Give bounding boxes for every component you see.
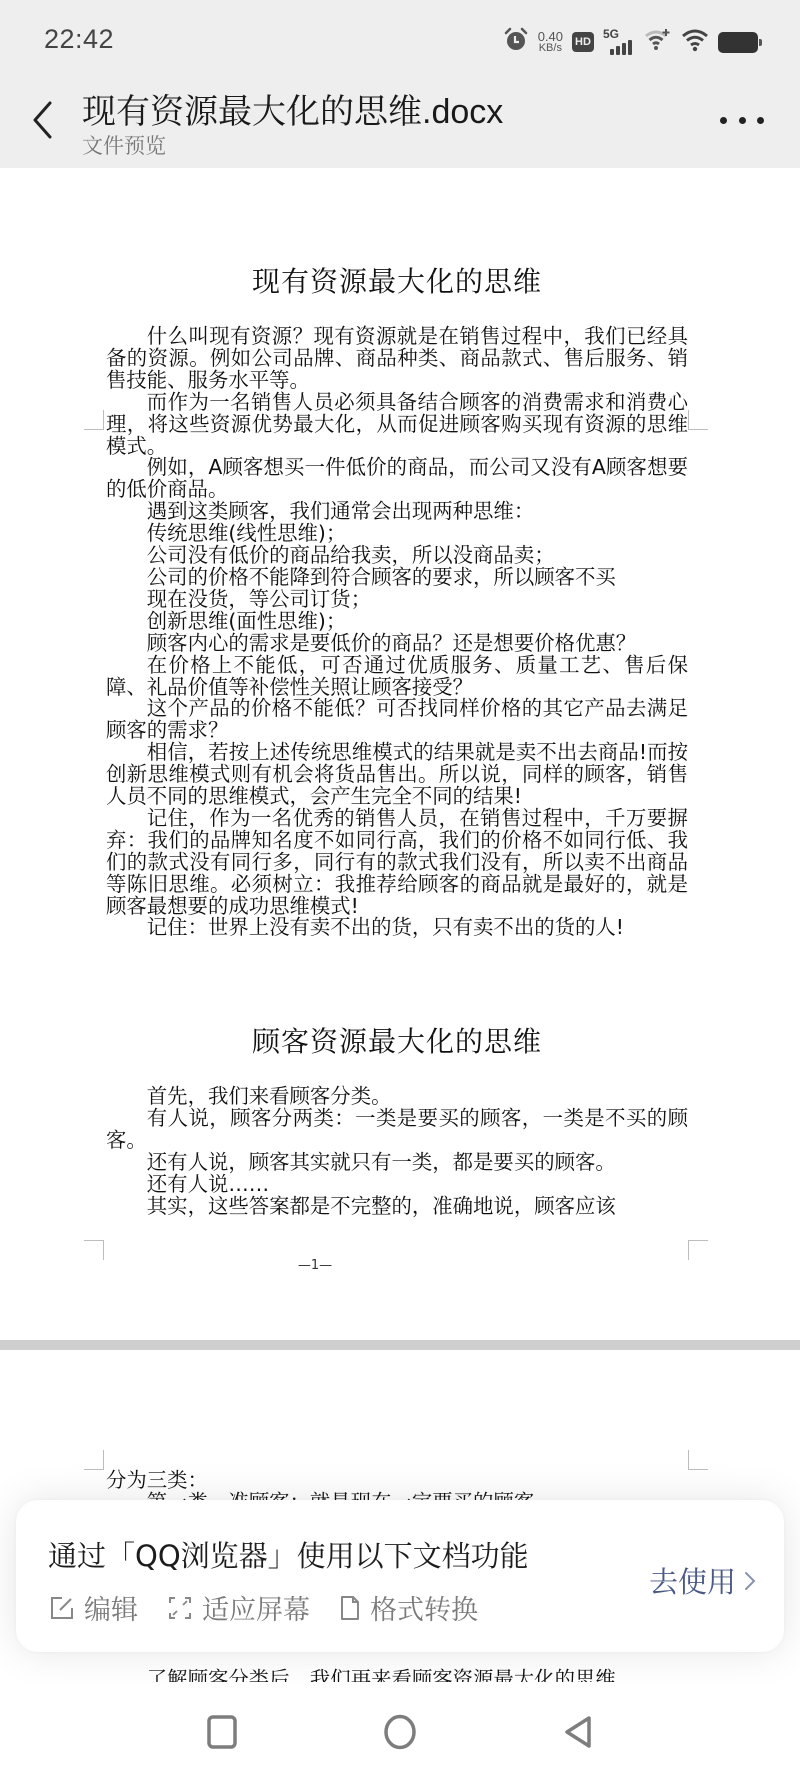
crop-mark: [84, 410, 104, 430]
status-bar: 22:42 0.40 KB/s HD 5G: [0, 0, 800, 84]
status-icons: 0.40 KB/s HD 5G: [503, 26, 758, 58]
chevron-right-icon: [744, 1570, 756, 1592]
go-use-button[interactable]: 去使用: [649, 1560, 756, 1601]
wifi-icon: [681, 28, 709, 56]
paragraph: 这个产品的价格不能低？可否找同样价格的其它产品去满足顾客的需求？: [106, 698, 688, 742]
title-bar: 现有资源最大化的思维.docx 文件预览: [0, 84, 800, 168]
document-section-2: 首先，我们来看顾客分类。 有人说，顾客分两类：一类是要买的顾客，一类是不买的顾客…: [106, 1086, 688, 1217]
paragraph: 传统思维(线性思维)；: [106, 523, 688, 545]
promo-title: 通过「QQ浏览器」使用以下文档功能: [48, 1534, 529, 1575]
paragraph: 其实，这些答案都是不完整的，准确地说，顾客应该: [106, 1196, 688, 1218]
edit-action[interactable]: 编辑: [50, 1588, 138, 1627]
paragraph: 首先，我们来看顾客分类。: [106, 1086, 688, 1108]
crop-mark: [688, 1240, 708, 1260]
paragraph: 了解顾客分类后，我们再来看顾客资源最大化的思维: [106, 1669, 688, 1682]
square-icon: [207, 1715, 237, 1749]
document-page-1: 现有资源最大化的思维 什么叫现有资源？现有资源就是在销售过程中，我们已经具备的资…: [0, 168, 800, 1340]
file-convert-icon: [340, 1595, 360, 1621]
document-heading-1: 现有资源最大化的思维: [106, 260, 688, 300]
status-time: 22:42: [44, 24, 114, 55]
net-speed: 0.40 KB/s: [538, 30, 563, 54]
crop-mark: [84, 1450, 104, 1470]
back-button[interactable]: [22, 94, 62, 146]
wifi-calling-icon: [644, 27, 672, 57]
crop-mark: [688, 410, 708, 430]
page-number: —1—: [290, 1258, 340, 1273]
format-convert-action[interactable]: 格式转换: [340, 1588, 478, 1627]
recents-button[interactable]: [200, 1712, 244, 1752]
paragraph: 记住，作为一名优秀的销售人员，在销售过程中，千万要摒弃：我们的品牌知名度不如同行…: [106, 808, 688, 918]
fit-screen-action[interactable]: 适应屏幕: [168, 1588, 310, 1627]
paragraph: 公司的价格不能降到符合顾客的要求，所以顾客不买: [106, 567, 688, 589]
crop-mark: [688, 1450, 708, 1470]
paragraph: 相信，若按上述传统思维模式的结果就是卖不出去商品!而按创新思维模式则有机会将货品…: [106, 742, 688, 808]
system-nav-bar: [0, 1682, 800, 1778]
document-title: 现有资源最大化的思维.docx: [82, 84, 503, 133]
document-subtitle: 文件预览: [82, 130, 166, 160]
home-button[interactable]: [378, 1712, 422, 1752]
paragraph: 创新思维(面性思维)；: [106, 611, 688, 633]
chevron-left-icon: [30, 100, 54, 140]
paragraph: 现在没货，等公司订货；: [106, 589, 688, 611]
crop-mark: [84, 1240, 104, 1260]
paragraph: 什么叫现有资源？现有资源就是在销售过程中，我们已经具备的资源。例如公司品牌、商品…: [106, 326, 688, 392]
qq-browser-promo-card[interactable]: 通过「QQ浏览器」使用以下文档功能 编辑 适应屏幕 格式转换 去使用: [16, 1500, 784, 1652]
paragraph: 公司没有低价的商品给我卖，所以没商品卖；: [106, 545, 688, 567]
paragraph: 在价格上不能低，可否通过优质服务、质量工艺、售后保障、礼品价值等补偿性关照让顾客…: [106, 655, 688, 699]
paragraph: 还有人说，顾客其实就只有一类，都是要买的顾客。: [106, 1152, 688, 1174]
signal-5g-icon: 5G: [603, 29, 635, 55]
battery-icon: [718, 32, 758, 53]
paragraph: 顾客内心的需求是要低价的商品？还是想要价格优惠？: [106, 633, 688, 655]
circle-icon: [383, 1714, 417, 1750]
promo-actions: 编辑 适应屏幕 格式转换: [50, 1588, 478, 1627]
hd-icon: HD: [572, 32, 594, 52]
page-separator: [0, 1340, 800, 1350]
document-heading-2: 顾客资源最大化的思维: [106, 1020, 688, 1060]
more-options-button[interactable]: [720, 108, 764, 132]
paragraph: 例如，A顾客想买一件低价的商品，而公司又没有A顾客想要的低价商品。: [106, 457, 688, 501]
paragraph: 还有人说……: [106, 1174, 688, 1196]
more-horizontal-icon: [720, 117, 727, 124]
paragraph: 而作为一名销售人员必须具备结合顾客的消费需求和消费心理，将这些资源优势最大化，从…: [106, 392, 688, 458]
back-nav-button[interactable]: [556, 1712, 600, 1752]
triangle-back-icon: [563, 1715, 593, 1749]
edit-icon: [50, 1596, 74, 1620]
document-section-1: 什么叫现有资源？现有资源就是在销售过程中，我们已经具备的资源。例如公司品牌、商品…: [106, 326, 688, 939]
alarm-icon: [503, 27, 529, 57]
paragraph: 记住：世界上没有卖不出的货，只有卖不出的货的人!: [106, 917, 688, 939]
paragraph: 有人说，顾客分两类：一类是要买的顾客，一类是不买的顾客。: [106, 1108, 688, 1152]
document-viewer[interactable]: 现有资源最大化的思维 什么叫现有资源？现有资源就是在销售过程中，我们已经具备的资…: [0, 168, 800, 1682]
paragraph: 遇到这类顾客，我们通常会出现两种思维：: [106, 501, 688, 523]
fit-screen-icon: [168, 1596, 192, 1620]
paragraph: 分为三类：: [106, 1470, 688, 1492]
